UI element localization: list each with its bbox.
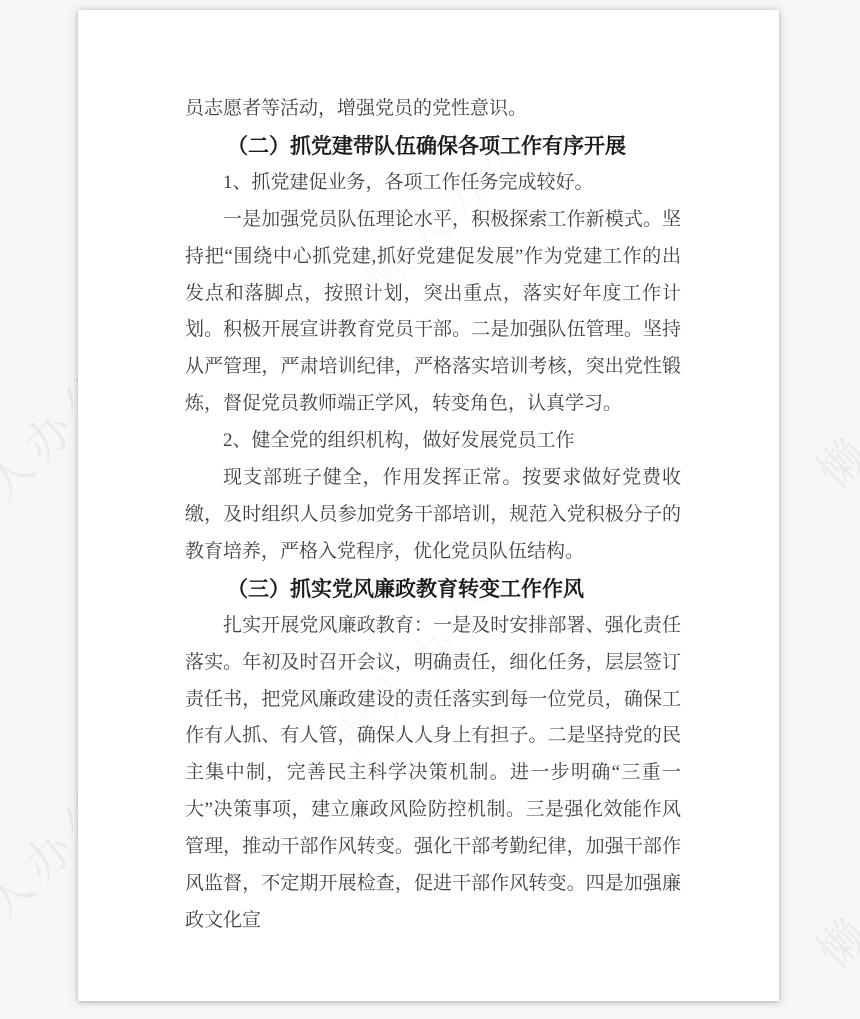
- paragraph: 员志愿者等活动，增强党员的党性意识。: [185, 91, 681, 128]
- paragraph: 2、健全党的组织机构，做好发展党员工作: [185, 423, 681, 460]
- paragraph: 现支部班子健全，作用发挥正常。按要求做好党费收缴，及时组织人员参加党务干部培训，…: [185, 460, 681, 571]
- paragraph: 1、抓党建促业务，各项工作任务完成较好。: [185, 165, 681, 202]
- document-canvas: 懒人办公 懒人办公 懒人办公 懒人办公 员志愿者等活动，增强党员的党性意识。（二…: [0, 0, 860, 1019]
- document-body: 员志愿者等活动，增强党员的党性意识。（二）抓党建带队伍确保各项工作有序开展1、抓…: [185, 91, 681, 940]
- section-heading: （三）抓实党风廉政教育转变工作作风: [185, 571, 681, 608]
- paragraph: 一是加强党员队伍理论水平，积极探索工作新模式。坚持把“围绕中心抓党建,抓好党建促…: [185, 202, 681, 423]
- section-heading: （二）抓党建带队伍确保各项工作有序开展: [185, 128, 681, 165]
- document-page: 员志愿者等活动，增强党员的党性意识。（二）抓党建带队伍确保各项工作有序开展1、抓…: [78, 10, 779, 1001]
- watermark-text: 懒人办公: [800, 781, 860, 980]
- paragraph: 扎实开展党风廉政教育：一是及时安排部署、强化责任落实。年初及时召开会议，明确责任…: [185, 608, 681, 940]
- watermark-text: 懒人办公: [800, 301, 860, 500]
